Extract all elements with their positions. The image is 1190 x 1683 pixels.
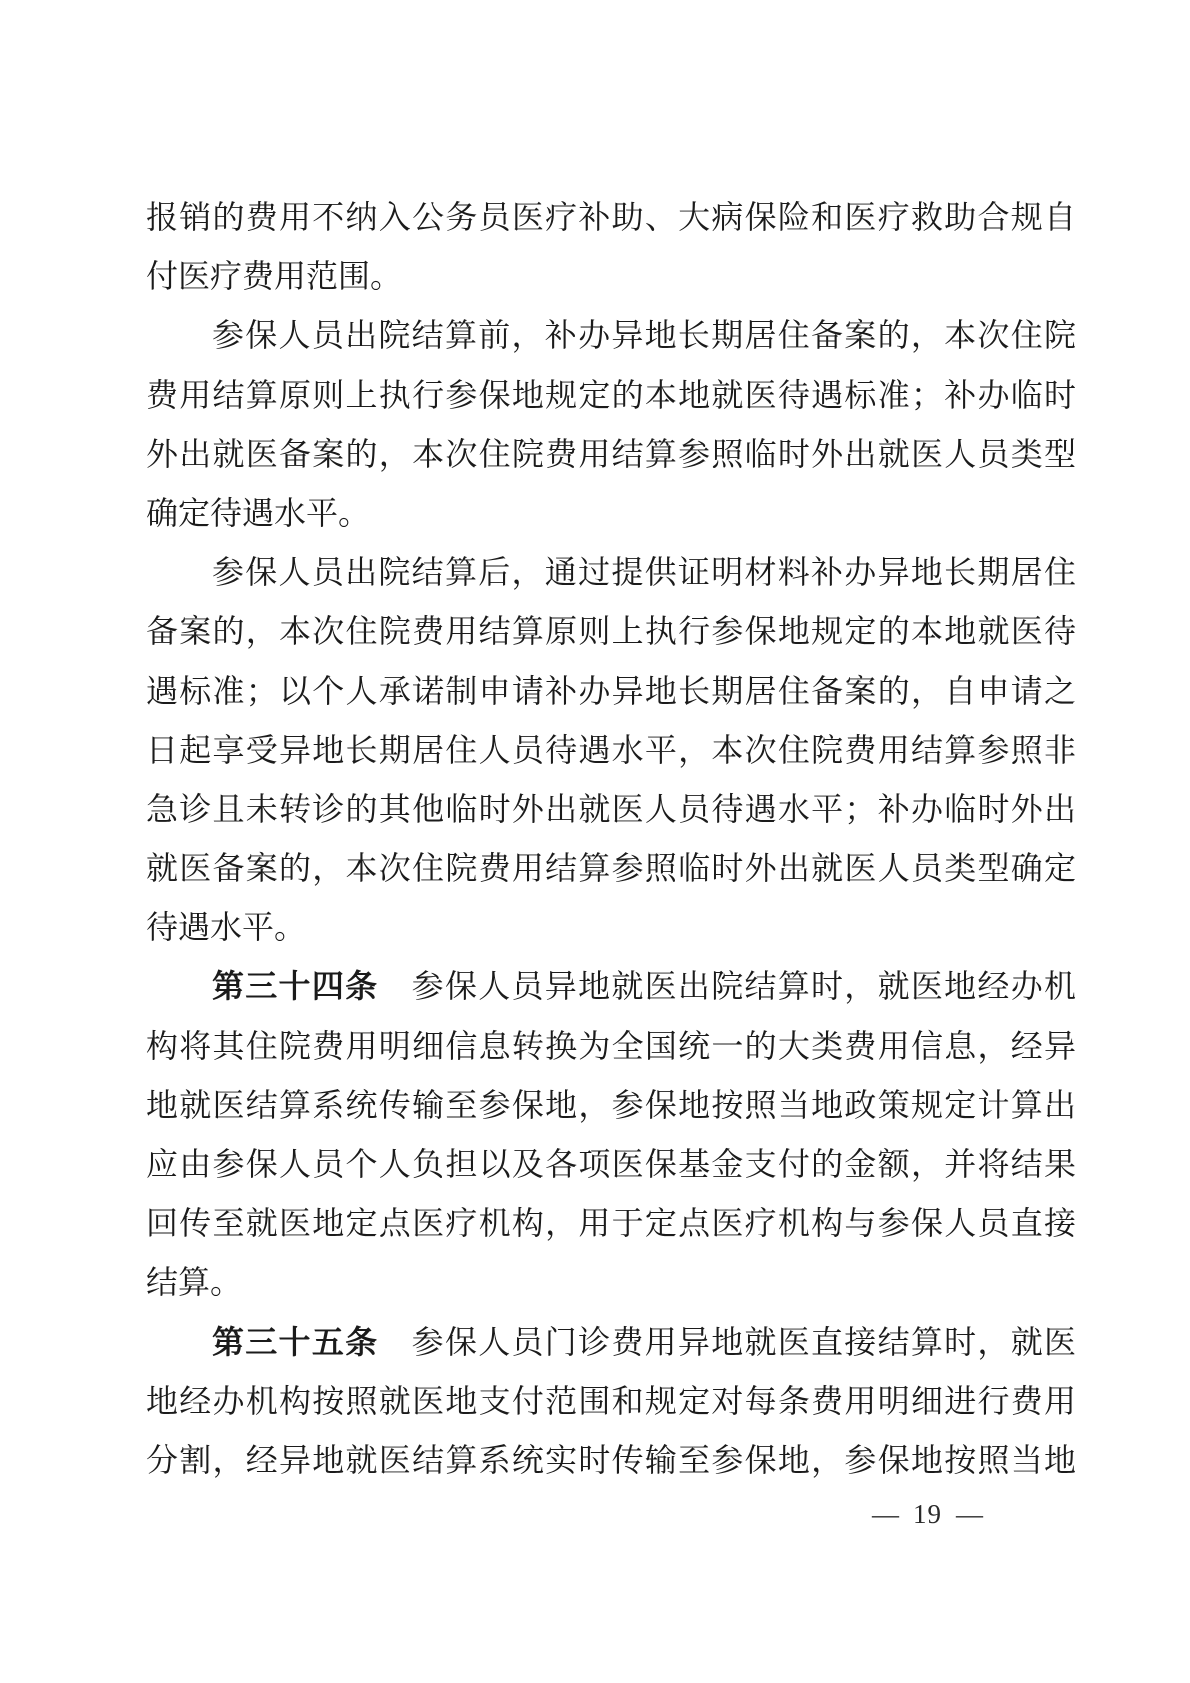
text-line: 参保人员出院结算前，补办异地长期居住备案的，本次住院 [146, 306, 1076, 365]
text-line: 待遇水平。 [146, 898, 1076, 957]
text-line: 地就医结算系统传输至参保地，参保地按照当地政策规定计算出 [146, 1076, 1076, 1135]
text-line: 地经办机构按照就医地支付范围和规定对每条费用明细进行费用 [146, 1372, 1076, 1431]
text-line: 结算。 [146, 1253, 1076, 1312]
text-line: 就医备案的，本次住院费用结算参照临时外出就医人员类型确定 [146, 839, 1076, 898]
text-line: 第三十四条 参保人员异地就医出院结算时，就医地经办机 [146, 957, 1076, 1016]
text-line: 应由参保人员个人负担以及各项医保基金支付的金额，并将结果 [146, 1135, 1076, 1194]
text-line: 分割，经异地就医结算系统实时传输至参保地，参保地按照当地 [146, 1431, 1076, 1490]
paragraph: 参保人员出院结算前，补办异地长期居住备案的，本次住院 费用结算原则上执行参保地规… [146, 306, 1076, 543]
page-number-dash-right: — [956, 1499, 983, 1529]
article-number: 第三十五条 [212, 1324, 378, 1360]
text-line: 日起享受异地长期居住人员待遇水平，本次住院费用结算参照非 [146, 721, 1076, 780]
text-line: 外出就医备案的，本次住院费用结算参照临时外出就医人员类型 [146, 425, 1076, 484]
text-run: 参保人员异地就医出院结算时，就医地经办机 [378, 968, 1076, 1004]
page-number-dash-left: — [872, 1499, 899, 1529]
document-body: 报销的费用不纳入公务员医疗补助、大病保险和医疗救助合规自 付医疗费用范围。 参保… [146, 188, 1076, 1490]
text-line: 构将其住院费用明细信息转换为全国统一的大类费用信息，经异 [146, 1017, 1076, 1076]
text-run: 参保人员门诊费用异地就医直接结算时，就医 [378, 1324, 1076, 1360]
text-line: 确定待遇水平。 [146, 484, 1076, 543]
text-line: 遇标准；以个人承诺制申请补办异地长期居住备案的，自申请之 [146, 662, 1076, 721]
article-number: 第三十四条 [212, 968, 378, 1004]
document-page: 报销的费用不纳入公务员医疗补助、大病保险和医疗救助合规自 付医疗费用范围。 参保… [0, 0, 1190, 1683]
paragraph: 参保人员出院结算后，通过提供证明材料补办异地长期居住 备案的，本次住院费用结算原… [146, 543, 1076, 957]
paragraph: 报销的费用不纳入公务员医疗补助、大病保险和医疗救助合规自 付医疗费用范围。 [146, 188, 1076, 306]
text-line: 回传至就医地定点医疗机构，用于定点医疗机构与参保人员直接 [146, 1194, 1076, 1253]
text-line: 参保人员出院结算后，通过提供证明材料补办异地长期居住 [146, 543, 1076, 602]
text-line: 急诊且未转诊的其他临时外出就医人员待遇水平；补办临时外出 [146, 780, 1076, 839]
paragraph-article-35: 第三十五条 参保人员门诊费用异地就医直接结算时，就医 地经办机构按照就医地支付范… [146, 1313, 1076, 1491]
page-number: —19— [872, 1499, 983, 1529]
text-line: 第三十五条 参保人员门诊费用异地就医直接结算时，就医 [146, 1313, 1076, 1372]
text-line: 报销的费用不纳入公务员医疗补助、大病保险和医疗救助合规自 [146, 188, 1076, 247]
page-number-value: 19 [913, 1499, 942, 1529]
paragraph-article-34: 第三十四条 参保人员异地就医出院结算时，就医地经办机 构将其住院费用明细信息转换… [146, 957, 1076, 1312]
text-line: 费用结算原则上执行参保地规定的本地就医待遇标准；补办临时 [146, 366, 1076, 425]
text-line: 付医疗费用范围。 [146, 247, 1076, 306]
text-line: 备案的，本次住院费用结算原则上执行参保地规定的本地就医待 [146, 602, 1076, 661]
